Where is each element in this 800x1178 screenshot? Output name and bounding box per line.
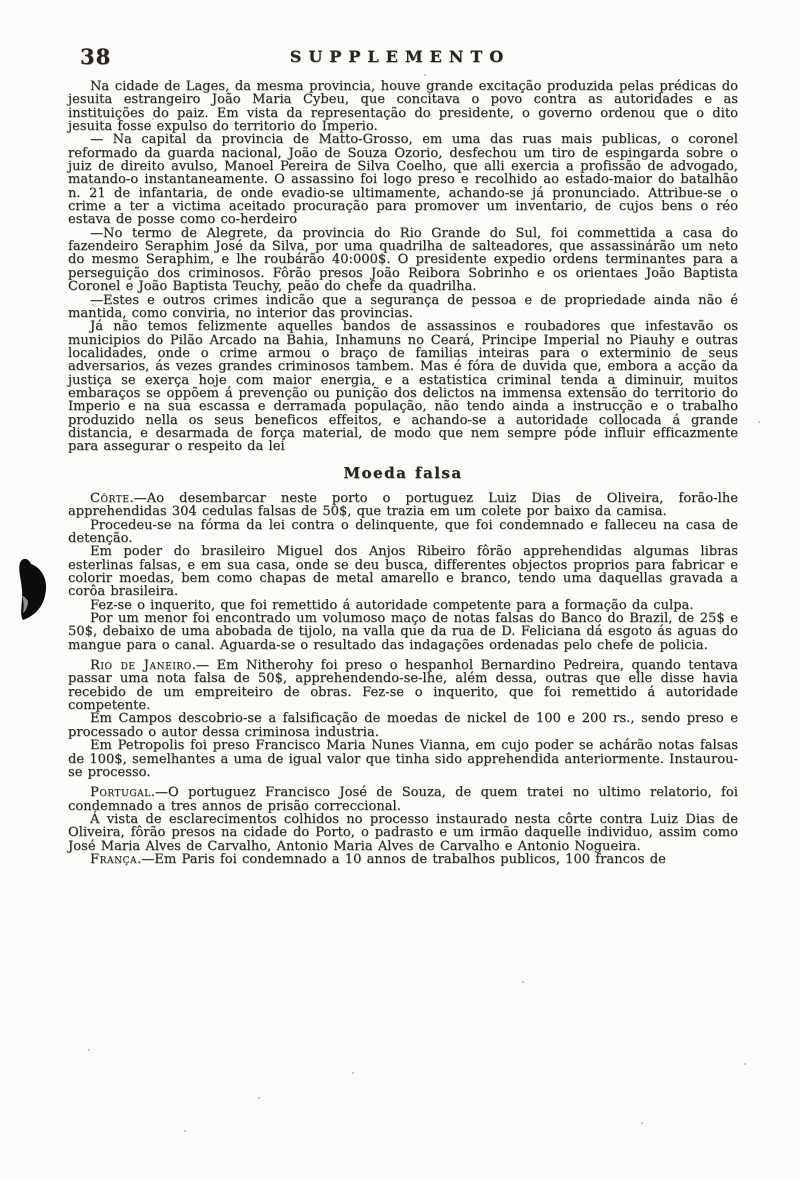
paragraph: —Estes e outros crimes indicão que a seg… — [68, 294, 738, 321]
dateline-lead: Portugal — [90, 785, 151, 800]
dateline-lead: França — [90, 852, 137, 867]
paragraph: França.—Em Paris foi condemnado a 10 ann… — [68, 853, 738, 866]
paragraph: Fez-se o inquerito, que foi remettido á … — [68, 599, 738, 612]
scanned-document-page: 38 SUPPLEMENTO Na cidade de Lages, da me… — [0, 0, 800, 1178]
paragraph: Rio de Janeiro.— Em Nitherohy foi preso … — [68, 659, 738, 712]
running-header: 38 SUPPLEMENTO — [0, 42, 800, 72]
paragraph: Á vista de esclarecimentos colhidos no p… — [68, 813, 738, 853]
paragraph: Em Campos descobrio-se a falsificação de… — [68, 712, 738, 739]
ink-blot — [11, 556, 49, 624]
paragraph: —No termo de Alegrete, da provincia do R… — [68, 227, 738, 294]
dateline-lead: Côrte — [90, 491, 130, 506]
paper-speck — [641, 1122, 643, 1124]
paper-speck — [152, 118, 154, 120]
paper-speck — [744, 1063, 746, 1065]
paragraph: Em poder do brasileiro Miguel dos Anjos … — [68, 545, 738, 598]
paper-speck — [118, 862, 120, 864]
paragraph: Em Petropolis foi preso Francisco Maria … — [68, 739, 738, 779]
paper-speck — [184, 1130, 186, 1132]
dateline-lead: Rio de Janeiro — [90, 658, 192, 673]
paper-speck — [258, 1097, 260, 1099]
paragraph: Procedeu-se na fórma da lei contra o del… — [68, 519, 738, 546]
paragraph: Portugal.—O portuguez Francisco José de … — [68, 786, 738, 813]
paragraph: Côrte.—Ao desembarcar neste porto o port… — [68, 492, 738, 519]
paper-speck — [424, 74, 426, 76]
paper-speck — [758, 421, 760, 423]
paper-speck — [522, 981, 524, 983]
paper-speck — [683, 758, 685, 760]
section-heading: Moeda falsa — [68, 467, 738, 480]
paragraph: Já não temos felizmente aquelles bandos … — [68, 320, 738, 453]
paper-speck — [88, 1049, 90, 1051]
paragraph: Por um menor foi encontrado um volumoso … — [68, 612, 738, 652]
paper-speck — [92, 304, 94, 306]
document-body: Na cidade de Lages, da mesma provincia, … — [68, 80, 738, 866]
running-title: SUPPLEMENTO — [0, 47, 800, 66]
paragraph: Na cidade de Lages, da mesma provincia, … — [68, 80, 738, 133]
paper-speck — [702, 182, 704, 184]
paragraph: — Na capital da provincia de Matto-Gross… — [68, 133, 738, 226]
paper-speck — [352, 1072, 354, 1074]
paper-speck — [302, 662, 304, 664]
